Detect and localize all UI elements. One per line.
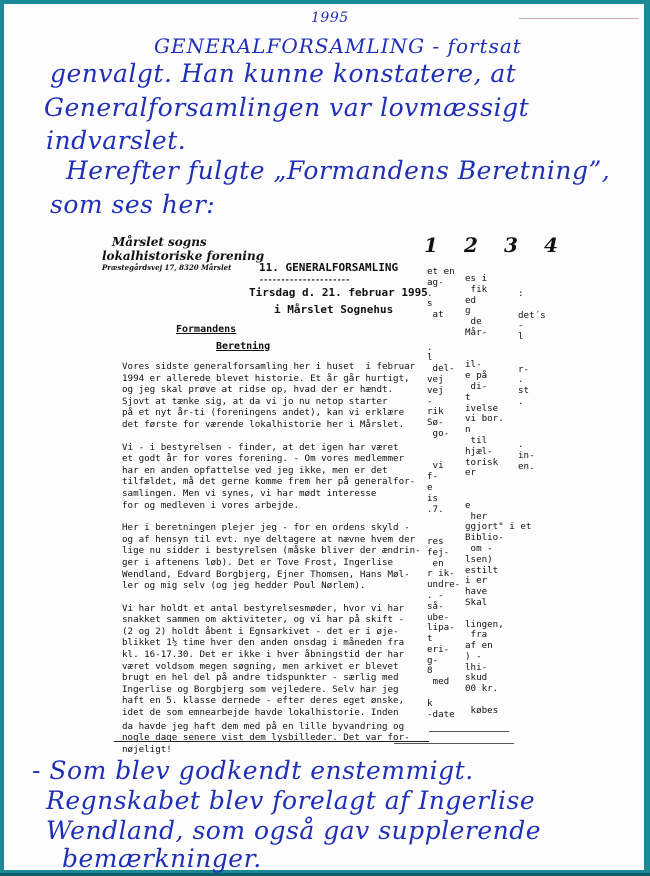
clipping-edge bbox=[394, 743, 514, 744]
handwritten-line: bemærkninger. bbox=[62, 844, 262, 873]
report-heading-2: Beretning bbox=[216, 341, 270, 352]
handwritten-line: genvalgt. Han kunne konstatere, at bbox=[50, 59, 516, 88]
logo-line-2: lokalhistoriske forening bbox=[102, 249, 264, 263]
handwritten-line: Wendland, som også gav supplerende bbox=[46, 816, 541, 845]
handwritten-line: - Som blev godkendt enstemmigt. bbox=[32, 756, 474, 785]
column-number: 4 bbox=[544, 233, 584, 257]
report-heading-1: Formandens bbox=[176, 324, 236, 335]
meeting-divider: --------------------- bbox=[249, 276, 428, 284]
logo-line-1: Mårslet sogns bbox=[102, 235, 264, 249]
column-number: 1 bbox=[424, 233, 464, 257]
logo-address: Præstegårdsvej 17, 8320 Mårslet bbox=[102, 263, 264, 272]
clipping-edge bbox=[114, 741, 429, 742]
overlapped-column-fragment: : det´s - l r- . st . . in- en. bbox=[518, 289, 546, 473]
handwritten-line: Regnskabet blev forelagt af Ingerlise bbox=[46, 786, 535, 815]
overlapped-column-fragment: et en ag- . s at . l del- vej vej - rik … bbox=[427, 267, 460, 720]
report-body: Vores sidste generalforsamling her i hus… bbox=[122, 361, 437, 766]
report-paragraph: Vores sidste generalforsamling her i hus… bbox=[122, 361, 437, 431]
meeting-place: i Mårslet Sognehus bbox=[249, 301, 428, 318]
pencil-mark bbox=[519, 18, 639, 19]
meeting-title: 11. GENERALFORSAMLING bbox=[249, 259, 428, 276]
scanned-page: 1995 GENERALFORSAMLING - fortsat genvalg… bbox=[4, 4, 644, 870]
handwritten-line: som ses her: bbox=[50, 190, 215, 219]
handwritten-line: indvarslet. bbox=[46, 126, 186, 155]
meeting-date: Tirsdag d. 21. februar 1995 bbox=[249, 284, 428, 301]
society-logo: Mårslet sogns lokalhistoriske forening P… bbox=[102, 235, 264, 272]
column-number: 2 bbox=[464, 233, 504, 257]
report-paragraph: Vi har holdt et antal bestyrelsesmøder, … bbox=[122, 603, 437, 719]
column-number: 3 bbox=[504, 233, 544, 257]
handwritten-title: GENERALFORSAMLING - fortsat bbox=[154, 34, 522, 58]
report-paragraph: da havde jeg haft dem med på en lille by… bbox=[122, 721, 437, 756]
pasted-clipping: Mårslet sogns lokalhistoriske forening P… bbox=[94, 229, 624, 749]
report-paragraph: Vi - i bestyrelsen - finder, at det igen… bbox=[122, 442, 437, 512]
handwritten-line: Generalforsamlingen var lovmæssigt bbox=[44, 93, 529, 122]
handwritten-line: Herefter fulgte „Formandens Beretning”, bbox=[66, 156, 610, 185]
meeting-header: 11. GENERALFORSAMLING ------------------… bbox=[249, 259, 428, 318]
handwritten-year: 1995 bbox=[311, 10, 349, 26]
clipping-edge bbox=[429, 731, 509, 732]
column-numbers: 1234 bbox=[424, 233, 584, 257]
report-paragraph: Her i beretningen plejer jeg - for en or… bbox=[122, 522, 437, 592]
